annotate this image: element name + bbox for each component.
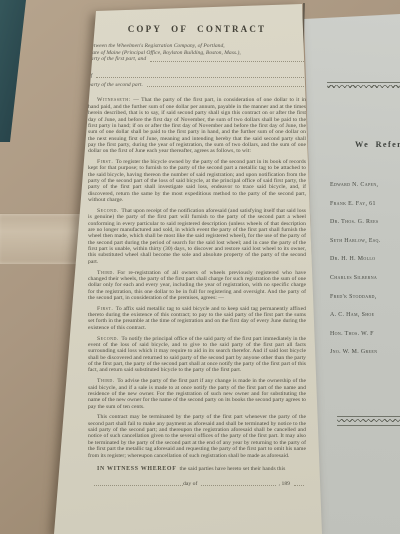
year-prefix: , 189	[279, 481, 290, 487]
blank-fill-line	[201, 484, 275, 486]
reference-name: Seth Harlow, Esq.	[330, 238, 381, 257]
contract-subtitle-line3: party of the first part, and	[88, 56, 306, 63]
paragraph-lead: Witnesseth:	[97, 97, 133, 103]
paragraph-in-witness: In Witness Whereofthe said parties have …	[88, 466, 306, 472]
contract-title: COPY OF CONTRACT	[88, 24, 306, 34]
reference-name: Charles Silberna	[330, 275, 381, 294]
paragraph-second: Second.That upon receipt of the notifica…	[88, 208, 306, 265]
contract-document: COPY OF CONTRACT Between the Wheelmen's …	[88, 24, 306, 487]
reference-name: Dr. Thos. G. Rees	[330, 219, 381, 238]
blank-fill-line	[150, 60, 306, 62]
second-party-of-line: of	[88, 73, 306, 80]
reference-name: Dr. H. H. Mollo	[330, 256, 381, 275]
contract-subtitle-line1: Between the Wheelmen's Registration Comp…	[88, 43, 306, 50]
rule-line	[337, 416, 400, 417]
reference-name: Fred'k Stoddard,	[330, 294, 381, 313]
paragraph-second-obligation: Second.To notify the principal office of…	[88, 336, 306, 374]
photo-scene: We Refer Edward N. Capen, Frank E. Fay, …	[0, 0, 400, 534]
paragraph-first: First.To register the bicycle owned by t…	[88, 159, 306, 203]
paragraph-lead: Second.	[97, 336, 121, 342]
paragraph-third: Third.For re-registration of all owners …	[88, 270, 306, 302]
rule-line	[337, 425, 400, 426]
paragraph-first-obligation: First.To affix said metallic tag to said…	[88, 306, 306, 331]
in-witness-lead: In Witness Whereof	[97, 466, 180, 472]
paragraph-text: To affix said metallic tag to said bicyc…	[88, 306, 306, 331]
day-of-label: day of	[183, 481, 197, 487]
rule-squiggle	[337, 419, 400, 422]
paragraph-third-obligation: Third.To advise the party of the first p…	[88, 378, 306, 410]
paragraph-lead: Third.	[97, 378, 117, 384]
paragraph-text: For re-registration of all owners of whe…	[88, 270, 306, 301]
blank-fill-line	[294, 484, 304, 486]
reference-heading: We Refer	[355, 140, 400, 149]
reference-names-list: Edward N. Capen, Frank E. Fay, 61 Dr. Th…	[330, 182, 381, 368]
reference-name: Edward N. Capen,	[330, 182, 381, 201]
paragraph-lead: First.	[97, 306, 116, 312]
decorative-rule-top	[327, 82, 400, 88]
paragraph-text: — That the party of the first part, in c…	[88, 97, 306, 154]
second-party-line: party of the second part.	[88, 82, 306, 89]
reference-name: A. C. Ham, Shoe	[330, 312, 381, 331]
second-party-label: party of the second part.	[88, 82, 143, 89]
paragraph-termination: This contract may be terminated by the p…	[88, 414, 306, 458]
reference-name: Frank E. Fay, 61	[330, 201, 381, 220]
paragraph-text: This contract may be terminated by the p…	[88, 414, 306, 458]
signature-date-line: day of , 189	[88, 481, 306, 487]
contract-page: COPY OF CONTRACT Between the Wheelmen's …	[0, 0, 322, 534]
paragraph-text: To register the bicycle owned by the par…	[88, 159, 306, 203]
paragraph-text: To notify the principal office of the sa…	[88, 336, 306, 374]
blank-fill-line	[94, 484, 183, 486]
rule-squiggle	[327, 85, 400, 88]
of-label: of	[88, 73, 92, 80]
blank-fill-line	[96, 76, 306, 78]
decorative-rule-bottom	[337, 416, 400, 426]
paragraph-witnesseth: Witnesseth:— That the party of the first…	[88, 97, 306, 154]
reference-name: Jno. W. M. Green	[330, 349, 381, 368]
paragraph-lead: Third.	[97, 270, 117, 276]
rule-line	[327, 82, 400, 83]
contract-page-wrap: COPY OF CONTRACT Between the Wheelmen's …	[0, 0, 322, 534]
subtitle-text: party of the first part, and	[88, 56, 146, 63]
paragraph-text: That upon receipt of the notification af…	[88, 208, 306, 265]
in-witness-text: the said parties have hereto set their h…	[180, 466, 286, 472]
reference-name: Hon. Thos. W. F	[330, 331, 381, 350]
blank-fill-line	[147, 85, 306, 87]
paragraph-text: To advise the party of the first part if…	[88, 378, 306, 409]
